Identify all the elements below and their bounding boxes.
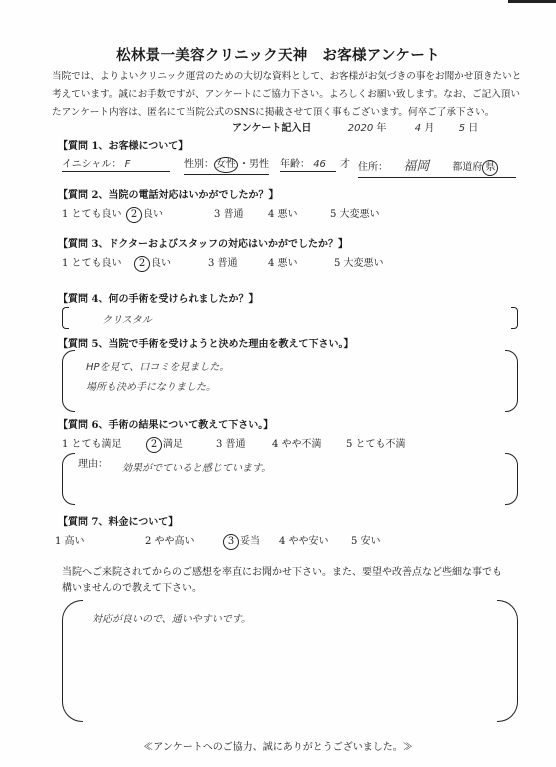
q6-reason-box[interactable]: 理由： 効果がでていると感じています。 [62,453,518,505]
address-label: 住所： [358,162,388,173]
q7-heading: 【質問 7、料金について】 [58,513,178,528]
age-value: 46 [313,159,326,170]
survey-date: アンケート記入日 2020 年 4 月 5 日 [232,119,478,134]
comments-answer: 対応が良いので、通いやすいです。 [92,610,251,625]
date-day[interactable]: 5 [459,123,465,134]
q3-option-3[interactable]: 3 普通 [208,254,238,269]
q5-answer-box[interactable]: HPを見て、口コミを見ました。 場所も決め手になりました。 [62,350,518,412]
scan-edge-mark [508,0,556,3]
q2-option-1[interactable]: 1 とても良い [62,205,122,220]
comments-prompt-line1: 当院へご来院されてからのご感想を率直にお聞かせ下さい。また、要望や改善点など些細… [62,565,532,581]
comments-answer-box[interactable]: 対応が良いので、通いやすいです。 [62,600,518,722]
date-year[interactable]: 2020 [348,123,373,134]
q7-option-5[interactable]: 5 安い [351,532,381,547]
gender-female-selected[interactable]: 女性 [214,157,238,173]
q1-customer-info: イニシャル： F 性別：女性・男性 年齢： 46 才 住所： 福岡 都道府県 [62,155,532,171]
address-value: 福岡 [403,159,429,174]
q4-answer-box[interactable]: クリスタル [62,307,518,329]
q6-reason-answer: 効果がでていると感じています。 [122,459,271,474]
q5-answer-line1: HPを見て、口コミを見ました。 [86,358,229,373]
q7-option-2[interactable]: 2 やや高い [145,532,195,547]
survey-footer: ≪アンケートへのご協力、誠にありがとうございました。≫ [0,738,556,753]
q2-option-3[interactable]: 3 普通 [214,205,244,220]
q3-option-2-selected[interactable]: 2良い [134,254,171,272]
age-label: 年齢： [280,159,310,170]
initial-field[interactable]: イニシャル： F [62,155,170,172]
q4-heading: 【質問 4、何の手術を受けられましたか？】 [58,290,258,305]
q2-option-5[interactable]: 5 大変悪い [330,205,380,220]
age-field[interactable]: 年齢： 46 [280,155,336,172]
gender-field[interactable]: 性別：女性・男性 [184,155,269,175]
gender-label: 性別： [184,159,214,170]
survey-intro: 当院では、よりよいクリニック運営のための大切な資料として、お客様がお気づきの事を… [52,68,522,122]
q2-heading: 【質問 2、当院の電話対応はいかがでしたか？】 [58,186,278,201]
q6-reason-label: 理由： [78,455,108,470]
q5-answer-line2: 場所も決め手になりました。 [86,378,216,393]
initial-value: F [125,159,131,170]
q7-option-1[interactable]: 1 高い [55,532,85,547]
q6-option-2-selected[interactable]: 2満足 [146,435,183,453]
q7-options: 1 高い 2 やや高い 3妥当 4 やや安い 5 安い [55,532,515,548]
q3-options: 1 とても良い 2良い 3 普通 4 悪い 5 大変悪い [62,254,482,270]
q2-option-2-selected[interactable]: 2良い [126,205,163,223]
comments-prompt-line2: 構いませんので教えて下さい。 [62,581,532,597]
day-unit: 日 [468,123,478,134]
address-unit-selected[interactable]: 県 [482,160,498,176]
q6-options: 1 とても満足 2満足 3 普通 4 やや不満 5 とても不満 [62,435,522,451]
q2-option-4[interactable]: 4 悪い [268,205,298,220]
q3-option-1[interactable]: 1 とても良い [62,254,122,269]
q6-option-4[interactable]: 4 やや不満 [272,435,322,450]
q6-option-1[interactable]: 1 とても満足 [62,435,122,450]
address-unit: 都道府 [452,162,482,173]
date-label: アンケート記入日 [232,123,311,134]
q6-heading: 【質問 6、手術の結果について教えて下さい。】 [58,416,273,431]
gender-sep: ・ [239,159,249,170]
q3-option-4[interactable]: 4 悪い [268,254,298,269]
q5-heading: 【質問 5、当院で手術を受けようと決めた理由を教えて下さい。】 [58,335,353,350]
q7-option-4[interactable]: 4 やや安い [279,532,329,547]
gender-male[interactable]: 男性 [249,159,269,170]
age-unit: 才 [340,155,350,170]
q3-heading: 【質問 3、ドクターおよびスタッフの対応はいかがでしたか？】 [58,235,348,250]
q4-answer: クリスタル [102,311,152,326]
address-field[interactable]: 住所： 福岡 都道府県 [358,155,516,178]
q6-option-5[interactable]: 5 とても不満 [346,435,406,450]
comments-prompt: 当院へご来院されてからのご感想を率直にお聞かせ下さい。また、要望や改善点など些細… [62,565,532,597]
initial-label: イニシャル： [62,159,121,170]
q2-options: 1 とても良い 2良い 3 普通 4 悪い 5 大変悪い [62,205,482,221]
q3-option-5[interactable]: 5 大変悪い [334,254,384,269]
q7-option-3-selected[interactable]: 3妥当 [223,532,260,550]
q1-heading: 【質問 1、お客様について】 [58,137,188,152]
q6-option-3[interactable]: 3 普通 [216,435,246,450]
month-unit: 月 [424,123,434,134]
year-unit: 年 [376,123,386,134]
date-month[interactable]: 4 [415,123,421,134]
survey-title: 松林景一美容クリニック天神 お客様アンケート [0,44,556,65]
